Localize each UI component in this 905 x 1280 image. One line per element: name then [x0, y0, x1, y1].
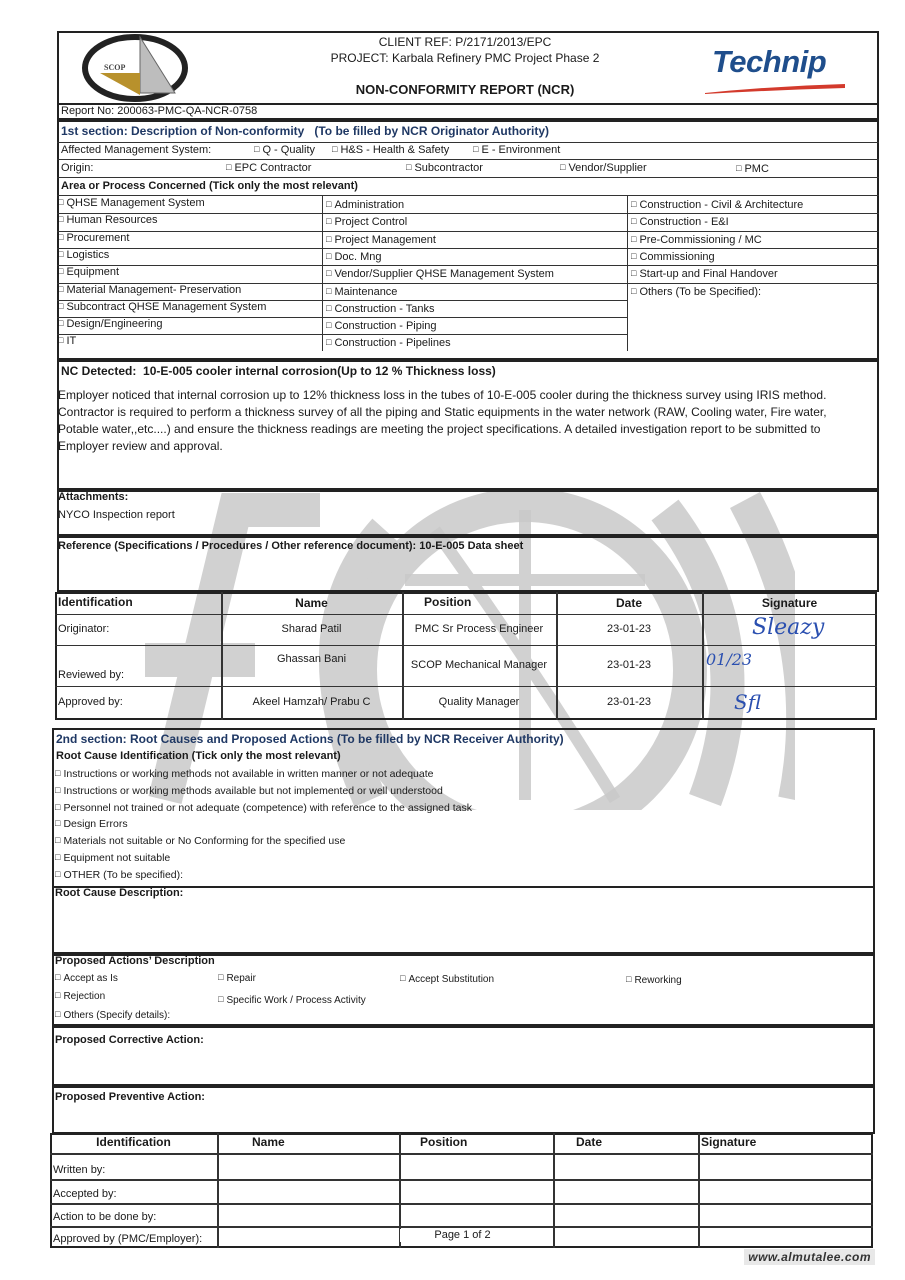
row-divider	[627, 213, 879, 214]
checkbox-quality[interactable]: Q - Quality	[254, 144, 315, 157]
checkbox-area-it[interactable]: IT	[58, 335, 76, 348]
checkbox-area-logistics[interactable]: Logistics	[58, 249, 109, 262]
technip-logo: Technip	[712, 44, 826, 80]
identification-written-by: Written by:	[53, 1164, 105, 1177]
header-signature: Signature	[701, 1135, 756, 1149]
svg-text:SCOP: SCOP	[104, 63, 125, 72]
checkbox-area-doc-mng[interactable]: Doc. Mng	[326, 251, 382, 264]
row-divider	[57, 300, 627, 301]
signature-field[interactable]	[556, 1205, 695, 1224]
preventive-action-label: Proposed Preventive Action:	[55, 1091, 205, 1104]
row-divider	[627, 265, 879, 266]
row-divider	[57, 231, 627, 232]
identification-accepted-by: Accepted by:	[53, 1188, 117, 1201]
signer-position: SCOP Mechanical Manager	[402, 659, 556, 672]
corrective-action-label: Proposed Corrective Action:	[55, 1034, 204, 1047]
row-divider	[57, 213, 627, 214]
row-divider	[57, 317, 627, 318]
checkbox-area-design-engineering[interactable]: Design/Engineering	[58, 318, 162, 331]
sign-date: 23-01-23	[556, 696, 702, 709]
nc-description-line: Employer review and approval.	[58, 439, 223, 453]
signature-field[interactable]	[701, 1228, 870, 1246]
checkbox-root-cause-1[interactable]: Instructions or working methods not avai…	[55, 768, 433, 781]
checkbox-area-human-resources[interactable]: Human Resources	[58, 214, 158, 227]
header-identification: Identification	[58, 595, 133, 609]
nc-description-line: Employer noticed that internal corrosion…	[58, 388, 826, 402]
signer-name: Sharad Patil	[221, 623, 402, 636]
identification-approved-by-pmc-employer: Approved by (PMC/Employer):	[53, 1233, 202, 1246]
row-divider	[627, 248, 879, 249]
checkbox-repair[interactable]: Repair	[218, 972, 256, 985]
row-divider	[57, 248, 627, 249]
handwritten-signature: 01/23	[706, 650, 752, 669]
scop-logo: SCOP	[80, 33, 190, 103]
row-divider	[57, 334, 627, 335]
row-divider	[57, 283, 627, 284]
identification-approved-by: Approved by:	[58, 696, 123, 709]
footer-brand: www.almutalee.com	[744, 1249, 875, 1265]
checkbox-root-cause-4[interactable]: Design Errors	[55, 818, 128, 831]
checkbox-area-start-up-and-final-handover[interactable]: Start-up and Final Handover	[631, 268, 778, 281]
checkbox-root-cause-7[interactable]: OTHER (To be specified):	[55, 869, 183, 882]
signature-field[interactable]	[220, 1228, 396, 1246]
attachments-value: NYCO Inspection report	[58, 509, 175, 522]
column-divider	[553, 1133, 555, 1248]
checkbox-accept-as-is[interactable]: Accept as Is	[55, 972, 118, 985]
page-number: Page 1 of 2	[400, 1229, 525, 1242]
checkbox-area-qhse-management-system[interactable]: QHSE Management System	[58, 197, 205, 210]
header-name: Name	[221, 596, 402, 610]
signature-field[interactable]	[701, 1205, 870, 1224]
affected-system-label: Affected Management System:	[61, 144, 211, 157]
checkbox-health-safety[interactable]: H&S - Health & Safety	[332, 144, 449, 157]
identification-action-to-be-done-by: Action to be done by:	[53, 1211, 156, 1224]
attachments-box	[57, 490, 879, 536]
handwritten-signature: Sleazy	[752, 615, 824, 640]
header-name: Name	[252, 1135, 285, 1149]
row-divider	[55, 686, 877, 687]
checkbox-epc-contractor[interactable]: EPC Contractor	[226, 162, 311, 175]
signature-field[interactable]	[220, 1205, 396, 1224]
signature-field[interactable]	[402, 1205, 550, 1224]
checkbox-vendor-supplier[interactable]: Vendor/Supplier	[560, 162, 647, 175]
identification-originator: Originator:	[58, 623, 109, 636]
checkbox-environment[interactable]: E - Environment	[473, 144, 560, 157]
sign-date: 23-01-23	[556, 659, 702, 672]
checkbox-area-construction-civil-architecture[interactable]: Construction - Civil & Architecture	[631, 199, 803, 212]
checkbox-rejection[interactable]: Rejection	[55, 990, 105, 1003]
sign-date: 23-01-23	[556, 623, 702, 636]
checkbox-subcontractor[interactable]: Subcontractor	[406, 162, 483, 175]
checkbox-accept-substitution[interactable]: Accept Substitution	[400, 973, 494, 986]
signature-field[interactable]	[220, 1181, 396, 1201]
checkbox-area-maintenance[interactable]: Maintenance	[326, 286, 397, 299]
checkbox-area-subcontract-qhse-management-system[interactable]: Subcontract QHSE Management System	[58, 301, 266, 314]
checkbox-pmc[interactable]: PMC	[736, 163, 769, 176]
column-divider	[698, 1133, 700, 1248]
checkbox-area-construction-piping[interactable]: Construction - Piping	[326, 320, 437, 333]
checkbox-area-pre-commissioning-mc[interactable]: Pre-Commissioning / MC	[631, 234, 762, 247]
row-divider	[57, 265, 627, 266]
section2-title: 2nd section: Root Causes and Proposed Ac…	[56, 732, 564, 746]
signature-field[interactable]	[220, 1155, 396, 1177]
checkbox-area-construction-e-i[interactable]: Construction - E&I	[631, 216, 729, 229]
signature-field[interactable]	[556, 1181, 695, 1201]
column-divider	[702, 592, 704, 720]
origin-label: Origin:	[61, 162, 93, 175]
checkbox-area-commissioning[interactable]: Commissioning	[631, 251, 715, 264]
root-cause-description-label: Root Cause Description:	[55, 887, 183, 900]
signer-position: PMC Sr Process Engineer	[402, 623, 556, 636]
checkbox-area-equipment[interactable]: Equipment	[58, 266, 119, 279]
row-divider	[627, 231, 879, 232]
checkbox-root-cause-5[interactable]: Materials not suitable or No Conforming …	[55, 835, 345, 848]
project-name: PROJECT: Karbala Refinery PMC Project Ph…	[260, 51, 670, 65]
checkbox-root-cause-2[interactable]: Instructions or working methods availabl…	[55, 785, 443, 798]
signature-field[interactable]	[701, 1155, 870, 1177]
nc-detected: NC Detected: 10-E-005 cooler internal co…	[61, 364, 496, 378]
nc-description-line: Contractor is required to perform a thic…	[58, 405, 827, 419]
checkbox-area-project-control[interactable]: Project Control	[326, 216, 407, 229]
ncr-page: SCOP CLIENT REF: P/2171/2013/EPC PROJECT…	[0, 0, 905, 1280]
signature-field[interactable]	[402, 1155, 550, 1177]
checkbox-root-cause-3[interactable]: Personnel not trained or not adequate (c…	[55, 802, 472, 815]
signer-name: Ghassan Bani	[221, 653, 402, 666]
header-position: Position	[420, 1135, 467, 1149]
checkbox-others[interactable]: Others (Specify details):	[55, 1009, 170, 1022]
header-position: Position	[424, 595, 471, 609]
header-date: Date	[576, 1135, 602, 1149]
header-identification: Identification	[50, 1135, 217, 1149]
area-heading: Area or Process Concerned (Tick only the…	[61, 180, 358, 193]
signer-name: Akeel Hamzah/ Prabu C	[221, 696, 402, 709]
client-ref: CLIENT REF: P/2171/2013/EPC	[260, 35, 670, 49]
row-divider	[55, 645, 877, 646]
root-cause-heading: Root Cause Identification (Tick only the…	[56, 750, 341, 763]
checkbox-area-others-to-be-specified[interactable]: Others (To be Specified):	[631, 286, 761, 299]
checkbox-area-administration[interactable]: Administration	[326, 199, 404, 212]
header-signature: Signature	[702, 596, 877, 610]
checkbox-area-procurement[interactable]: Procurement	[58, 232, 129, 245]
proposed-actions-heading: Proposed Actions’ Description	[55, 955, 215, 968]
attachments-label: Attachments:	[58, 491, 128, 504]
checkbox-reworking[interactable]: Reworking	[626, 974, 682, 987]
signature-field[interactable]	[556, 1155, 695, 1177]
checkbox-area-material-management-preservation[interactable]: Material Management- Preservation	[58, 284, 241, 297]
section1-title: 1st section: Description of Non-conformi…	[61, 124, 549, 138]
signature-field[interactable]	[402, 1181, 550, 1201]
checkbox-area-vendor-supplier-qhse-management-system[interactable]: Vendor/Supplier QHSE Management System	[326, 268, 554, 281]
checkbox-area-project-management[interactable]: Project Management	[326, 234, 436, 247]
identification-reviewed-by: Reviewed by:	[58, 669, 124, 682]
technip-swoosh-icon	[705, 84, 845, 94]
checkbox-root-cause-6[interactable]: Equipment not suitable	[55, 852, 170, 865]
report-number: Report No: 200063-PMC-QA-NCR-0758	[61, 105, 257, 118]
handwritten-signature: Sfl	[734, 690, 761, 714]
header-date: Date	[556, 596, 702, 610]
checkbox-specific-work[interactable]: Specific Work / Process Activity	[218, 994, 366, 1007]
row-divider	[627, 283, 879, 284]
document-title: NON-CONFORMITY REPORT (NCR)	[260, 82, 670, 98]
column-divider	[217, 1133, 219, 1248]
signer-position: Quality Manager	[402, 696, 556, 709]
signature-field[interactable]	[556, 1228, 695, 1246]
nc-description-line: Potable water,,etc....) and ensure the t…	[58, 422, 820, 436]
reference: Reference (Specifications / Procedures /…	[58, 540, 523, 553]
signature-field[interactable]	[701, 1181, 870, 1201]
checkbox-area-construction-pipelines[interactable]: Construction - Pipelines	[326, 337, 451, 350]
checkbox-area-construction-tanks[interactable]: Construction - Tanks	[326, 303, 435, 316]
